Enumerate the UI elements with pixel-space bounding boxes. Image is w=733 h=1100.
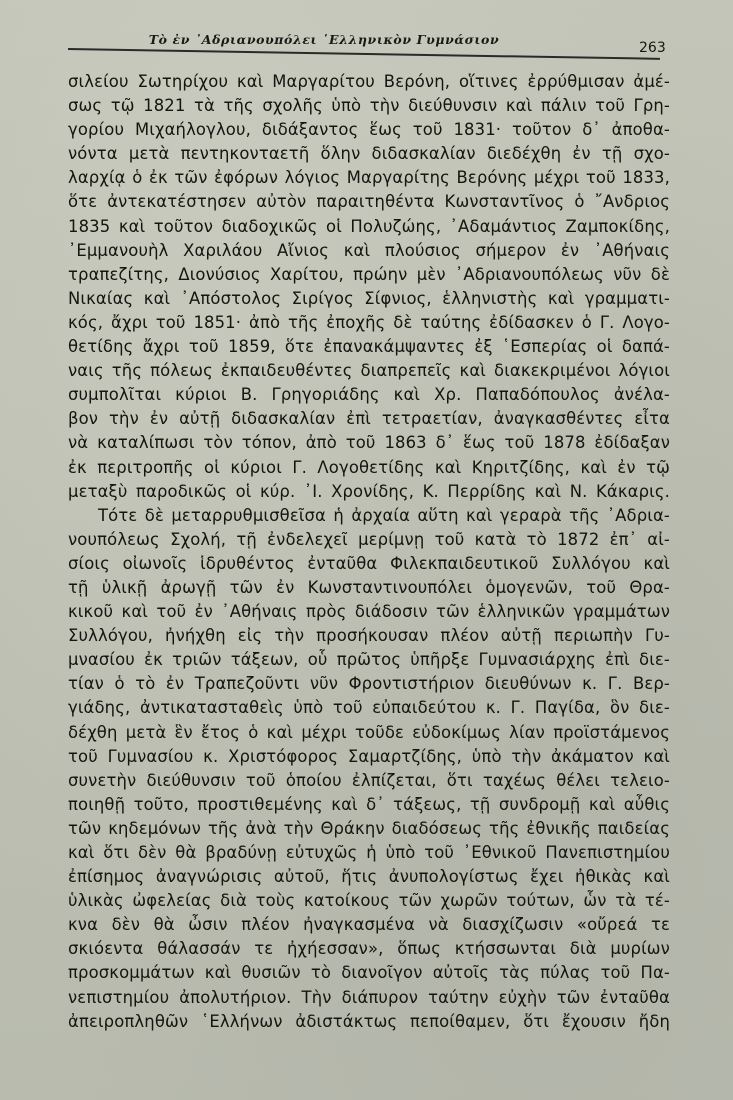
text-line: σως τῷ 1821 τὰ τῆς σχολῆς ὑπὸ τὴν διεύθυ… [68, 94, 670, 118]
text-line: νόντα μετὰ πεντηκονταετῆ ὅλην διδασκαλία… [68, 142, 670, 166]
text-line: συνετὴν διεύθυνσιν τοῦ ὁποίου ἐλπίζεται,… [68, 769, 670, 793]
text-line: σίοις οἰωνοῖς ἱδρυθέντος ἐνταῦθα Φιλεκπα… [68, 552, 670, 576]
text-line: ᾿Εμμανουὴλ Χαριλάου Αἴνιος καὶ πλούσιος … [68, 239, 670, 263]
text-line: δέχθη μετὰ ἓν ἔτος ὁ καὶ μέχρι τοῦδε εὐδ… [68, 721, 670, 745]
paragraph-start-line: Τότε δὲ μεταρρυθμισθεῖσα ἡ ἀρχαία αὕτη κ… [68, 504, 670, 528]
text-line: καὶ ὅτι δὲν θὰ βραδύνῃ εὐτυχῶς ἡ ὑπὸ τοῦ… [68, 841, 670, 865]
text-line: κνα δὲν θὰ ὦσιν πλέον ἠναγκασμένα νὰ δια… [68, 913, 670, 937]
running-header: Τὸ ἐν ᾿Αδριανουπόλει ῾Ελληνικὸν Γυμνάσιο… [68, 30, 660, 64]
text-line: ἐκ περιτροπῆς οἱ κύριοι Γ. Λογοθετίδης κ… [68, 456, 670, 480]
text-line: τῶν κηδεμόνων τῆς ἀνὰ τὴν Θράκην διαδόσε… [68, 817, 670, 841]
text-line: μεταξὺ παροδικῶς οἱ κύρ. ᾿Ι. Χρονίδης, Κ… [68, 480, 670, 504]
text-line: θετίδης ἄχρι τοῦ 1859, ὅτε ἐπανακάμψαντε… [68, 335, 670, 359]
text-line: ὅτε ἀντεκατέστησεν αὐτὸν παραιτηθέντα Κω… [68, 190, 670, 214]
text-line: κός, ἄχρι τοῦ 1851· ἀπὸ τῆς ἐποχῆς δὲ τα… [68, 311, 670, 335]
running-title: Τὸ ἐν ᾿Αδριανουπόλει ῾Ελληνικὸν Γυμνάσιο… [28, 32, 620, 47]
text-line: τῇ ὑλικῇ ἀρωγῇ τῶν ἐν Κωνσταντινουπόλει … [68, 576, 670, 600]
text-line: ναις τῆς πόλεως ἐκπαιδευθέντες διαπρεπεῖ… [68, 359, 670, 383]
text-line: λαρχίᾳ ὁ ἐκ τῶν ἐφόρων λόγιος Μαργαρίτης… [68, 166, 670, 190]
text-line: ποιηθῇ τοῦτο, προστιθεμένης καὶ δ᾿ τάξεω… [68, 793, 670, 817]
text-line: ἐπίσημος ἀναγνώρισις αὐτοῦ, ἥτις ἀνυπολο… [68, 865, 670, 889]
text-line: κικοῦ καὶ τοῦ ἐν ᾿Αθήναις πρὸς διάδοσιν … [68, 600, 670, 624]
text-line: γιάδης, ἀντικατασταθεὶς ὑπὸ τοῦ εὐπαιδεύ… [68, 696, 670, 720]
text-line: τίαν ὁ τὸ ἐν Τραπεζοῦντι νῦν Φροντιστήρι… [68, 672, 670, 696]
text-line: βον τὴν ἐν αὐτῇ διδασκαλίαν ἐπὶ τετραετί… [68, 407, 670, 431]
text-line: τοῦ Γυμνασίου κ. Χριστόφορος Σαμαρτζίδης… [68, 745, 670, 769]
text-line: νουπόλεως Σχολή, τῇ ἐνδελεχεῖ μερίμνῃ το… [68, 528, 670, 552]
text-line: ὑλικὰς ὠφελείας διὰ τοὺς κατοίκους τῶν χ… [68, 889, 670, 913]
text-line: νὰ καταλίπωσι τὸν τόπον, ἀπὸ τοῦ 1863 δ᾿… [68, 431, 670, 455]
header-rule [68, 48, 660, 59]
text-line: σκιόεντα θάλασσάν τε ἠχήεσσαν», ὅπως κτή… [68, 937, 670, 961]
page-number: 263 [639, 40, 666, 56]
text-line: προσκομμάτων καὶ θυσιῶν τὸ διανοῖγον αὐτ… [68, 961, 670, 985]
book-page: Τὸ ἐν ᾿Αδριανουπόλει ῾Ελληνικὸν Γυμνάσιο… [0, 0, 733, 1100]
text-line: γορίου Μιχαήλογλου, διδάξαντος ἕως τοῦ 1… [68, 118, 670, 142]
text-line: νεπιστημίου ἀπολυτήριον. Τὴν διάπυρον τα… [68, 986, 670, 1010]
text-line: 1835 καὶ τοῦτον διαδοχικῶς οἱ Πολυζώης, … [68, 215, 670, 239]
text-line: ἀπειροπληθῶν ῾Ελλήνων ἀδιστάκτως πεποίθα… [68, 1010, 670, 1034]
text-line: σιλείου Σωτηρίχου καὶ Μαργαρίτου Βερόνη,… [68, 70, 670, 94]
body-text: σιλείου Σωτηρίχου καὶ Μαργαρίτου Βερόνη,… [68, 70, 670, 1034]
text-line: συμπολῖται κύριοι Β. Γρηγοριάδης καὶ Χρ.… [68, 383, 670, 407]
text-line: τραπεζίτης, Διονύσιος Χαρίτου, πρώην μὲν… [68, 263, 670, 287]
text-line: Συλλόγου, ἠνήχθη εἰς τὴν προσήκουσαν πλέ… [68, 624, 670, 648]
text-line: Νικαίας καὶ ᾿Απόστολος Σιρίγος Σίφνιος, … [68, 287, 670, 311]
text-line: μνασίου ἐκ τριῶν τάξεων, οὗ πρῶτος ὑπῆρξ… [68, 648, 670, 672]
